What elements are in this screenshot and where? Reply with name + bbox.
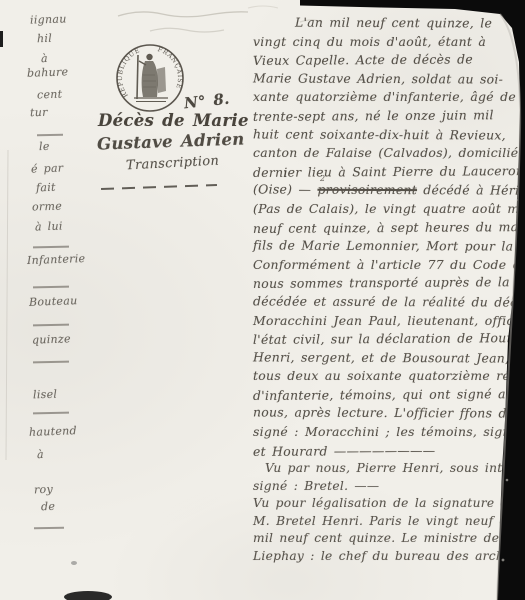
body-line: tous deux au soixante quatorzième régime… (253, 367, 519, 386)
page-fold-line (6, 150, 8, 460)
body-line: Vieux Capelle. Acte de décès de (253, 50, 519, 70)
body-line: signé : Moracchini ; les témoins, signé … (253, 423, 519, 442)
margin-note: iignau (30, 12, 67, 26)
margin-note: cent (37, 88, 63, 102)
margin-note: tur (30, 106, 48, 120)
body-line: trente-sept ans, né le onze juin mil (253, 106, 519, 126)
margin-note: fait (36, 181, 56, 195)
body-line: xante quatorzième d'infanterie, âgé de (253, 88, 519, 107)
act-number: N° 8. (183, 90, 230, 113)
margin-note: Bouteau (29, 294, 78, 309)
margin-note: à (41, 52, 48, 65)
margin-note: à lui (35, 220, 63, 234)
legalization-line: Liephay : le chef du bureau des archives (253, 548, 519, 566)
margin-note: roy (34, 483, 53, 497)
body-line: décédée et assuré de la réalité du décès… (253, 292, 519, 312)
margin-rule (33, 324, 69, 327)
margin-note: hil (37, 32, 52, 46)
margin-rule (33, 361, 69, 364)
body-line: Moracchini Jean Paul, lieutenant, offici… (253, 312, 519, 331)
legalization-line: M. Bretel Henri. Paris le vingt neuf déc… (253, 513, 519, 531)
margin-note: à (37, 448, 44, 461)
act-title-line2: Gustave Adrien (97, 129, 245, 153)
legalization-text: Vu par nous, Pierre Henri, sous intendan… (253, 460, 519, 566)
body-line: L'an mil neuf cent quinze, le (253, 13, 519, 33)
margin-note: orme (32, 199, 62, 213)
body-line: vingt cinq du mois d'août, étant à (253, 33, 519, 52)
margin-note: é par (31, 161, 64, 175)
left-edge-mark (0, 31, 3, 47)
correction-before: (Oise) — (253, 182, 311, 197)
margin-rule (33, 246, 69, 249)
body-line: nous, après lecture. L'officier ffons d'… (253, 404, 519, 424)
body-line: fils de Marie Lemonnier, Mort pour la Fr… (253, 237, 519, 257)
body-line: neuf cent quinze, à sept heures du matin… (253, 218, 519, 238)
title-dashed-rule (101, 184, 217, 190)
legalization-line: mil neuf cent quinze. Le ministre de la … (253, 530, 519, 548)
seal-figure (134, 54, 168, 102)
margin-rule (37, 134, 63, 136)
legalization-line: Vu pour légalisation de la signature de (253, 495, 519, 513)
body-line: nous sommes transporté auprès de la pers… (253, 273, 519, 293)
body-line: (Pas de Calais), le vingt quatre août mi… (253, 200, 519, 219)
correction-after: décédé à Héricourt (423, 183, 525, 199)
legalization-line: signé : Bretel. —— (253, 478, 519, 496)
margin-note: bahure (27, 65, 69, 79)
body-line: Conformément à l'article 77 du Code civi… (253, 256, 519, 275)
margin-note: le (39, 140, 50, 153)
margin-note: Infanterie (27, 252, 86, 267)
scanned-register-page: iignau hil à bahure cent tur le é par fa… (0, 0, 525, 600)
bottom-smudge (64, 591, 112, 600)
correction-mark-2: 2 (320, 174, 325, 183)
act-subtitle: Transcription (126, 154, 220, 174)
margin-note: de (41, 500, 56, 513)
margin-note: quinze (32, 332, 71, 346)
correction-mark-1: 1 (283, 170, 288, 179)
margin-note: hautend (29, 424, 77, 439)
body-line: canton de Falaise (Calvados), domicilié … (253, 144, 519, 163)
body-line: Henri, sergent, et de Bousourat Jean, so… (253, 348, 519, 368)
body-line: l'état civil, sur la déclaration de Hour… (253, 329, 519, 349)
margin-rule (33, 286, 69, 289)
body-line: et Hourard ———————— (253, 441, 519, 461)
body-line: d'infanterie, témoins, qui ont signé ave… (253, 385, 519, 405)
body-line: Marie Gustave Adrien, soldat au soi- (253, 69, 519, 89)
act-body-text: L'an mil neuf cent quinze, le vingt cinq… (253, 14, 519, 460)
republique-francaise-seal-icon: RÉPUBLIQUE FRANÇAISE (107, 35, 193, 121)
margin-rule (34, 527, 64, 530)
margin-note: lisel (33, 388, 58, 402)
act-title-line1: Décès de Marie (98, 111, 249, 130)
body-line-with-correction: (Oise) — provisoirement décédé à Héricou… (253, 181, 519, 201)
struck-word: provisoirement (317, 182, 417, 197)
body-line: dernier lieu à Saint Pierre du Lauceron (253, 162, 519, 182)
body-line: huit cent soixante-dix-huit à Revieux, (253, 125, 519, 145)
margin-rule (33, 412, 69, 415)
legalization-line: Vu par nous, Pierre Henri, sous intendan… (253, 460, 519, 478)
